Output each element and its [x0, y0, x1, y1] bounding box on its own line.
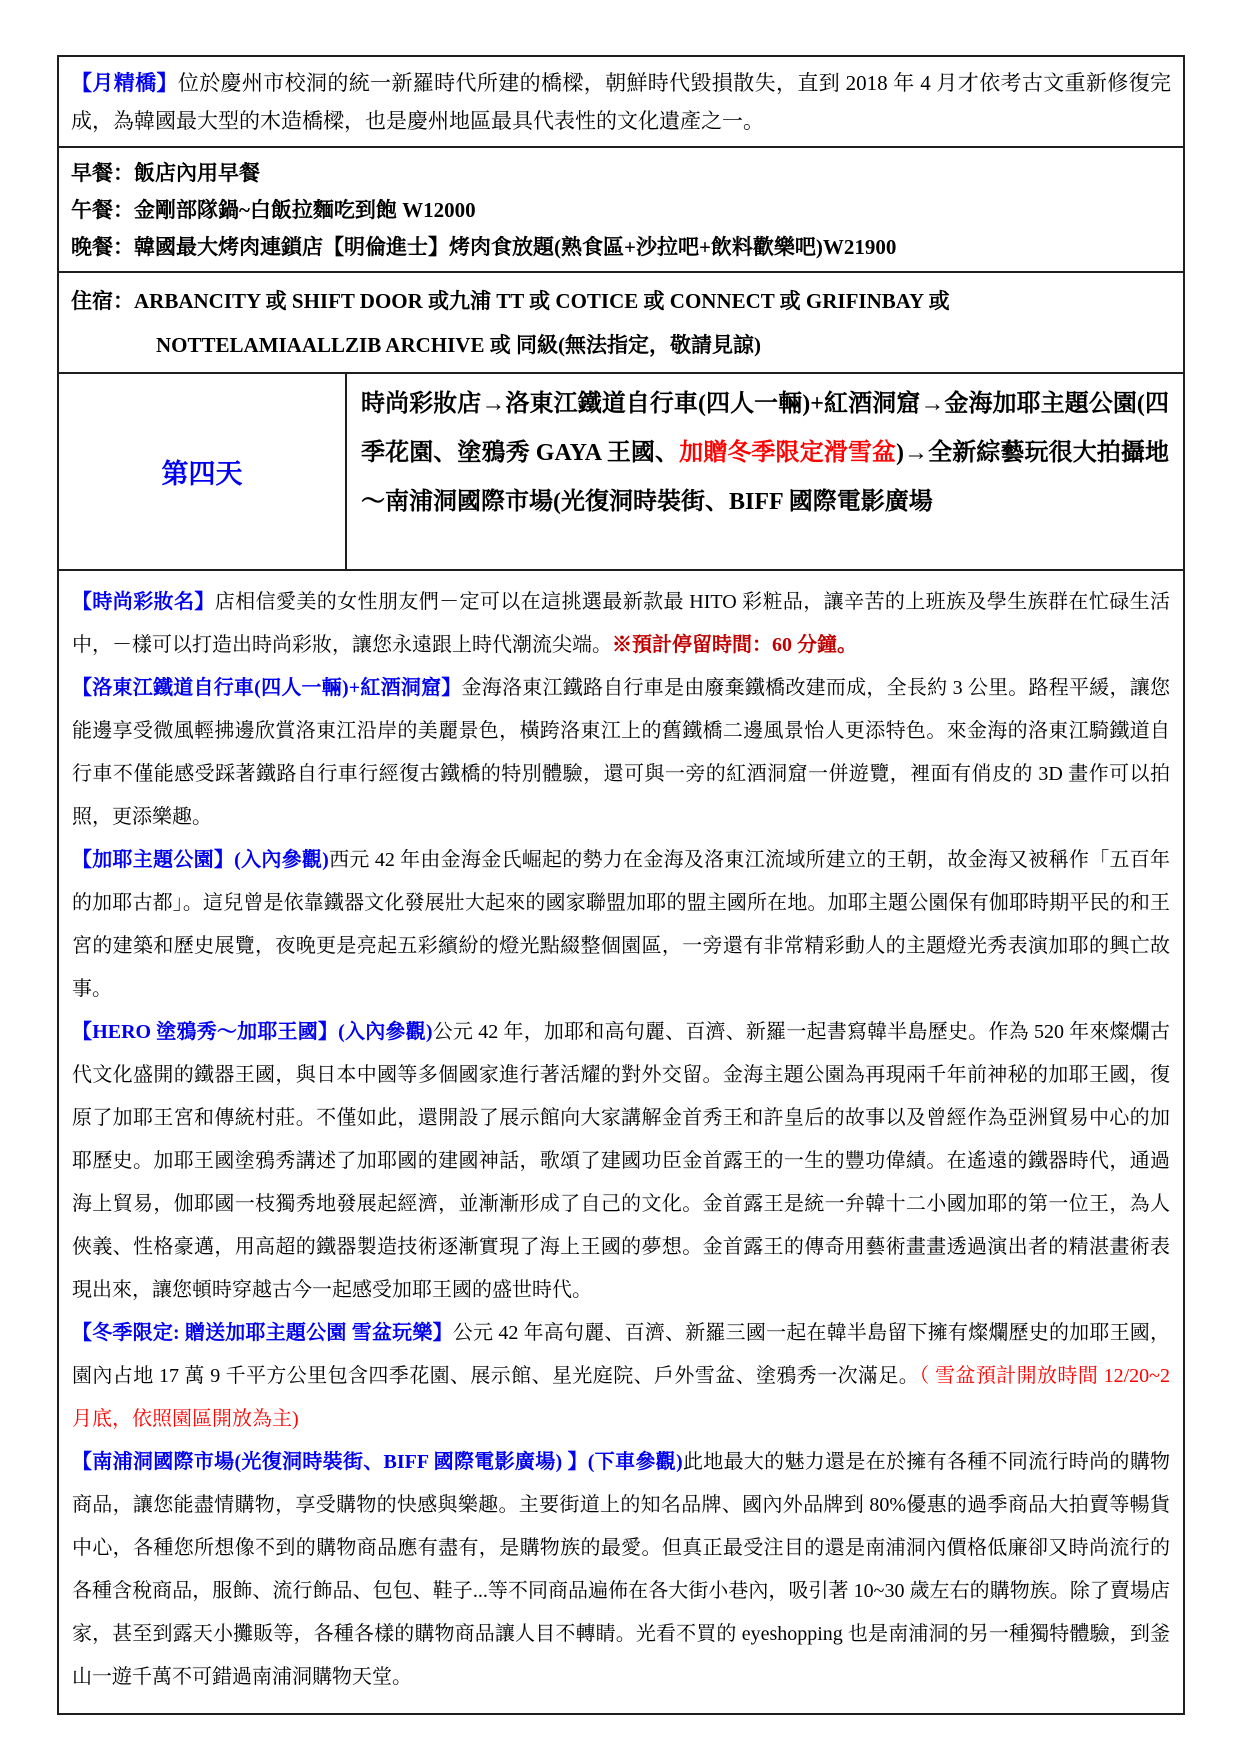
- section-body: 金海洛東江鐵路自行車是由廢棄鐵橋改建而成，全長約 3 公里。路程平緩，讓您能邊享…: [72, 677, 1170, 828]
- section-body: 西元 42 年由金海金氏崛起的勢力在金海及洛東江流域所建立的王朝，故金海又被稱作…: [72, 849, 1170, 1000]
- breakfast-line: 早餐：飯店內用早餐: [71, 155, 1171, 192]
- day4-label: 第四天: [162, 452, 243, 491]
- day4-label-cell: 第四天: [59, 374, 347, 569]
- section-body: 此地最大的魅力還是在於擁有各種不同流行時尚的購物商品，讓您能盡情購物，享受購物的…: [72, 1451, 1170, 1688]
- section-winter-sled: 【冬季限定: 贈送加耶主題公園 雪盆玩樂】公元 42 年高句麗、百濟、新羅三國一…: [72, 1312, 1170, 1441]
- meals-row: 早餐：飯店內用早餐 午餐：金剛部隊鍋~白飯拉麵吃到飽 W12000 晚餐：韓國最…: [59, 148, 1183, 273]
- section-header: 【HERO 塗鴉秀～加耶王國】: [72, 1021, 338, 1043]
- section-subheader: (入內參觀): [338, 1021, 432, 1043]
- section-subheader: (入內參觀): [234, 849, 329, 871]
- section-subheader: (下車參觀): [588, 1451, 683, 1473]
- hotel-row: 住宿：ARBANCITY 或 SHIFT DOOR 或九浦 TT 或 COTIC…: [59, 273, 1183, 374]
- itinerary-document: 【月精橋】位於慶州市校洞的統一新羅時代所建的橋樑，朝鮮時代毀損散失，直到 201…: [57, 55, 1185, 1715]
- route-winter-bonus-highlight: 加贈冬季限定滑雪盆: [679, 440, 896, 466]
- section-rail-bike: 【洛東江鐵道自行車(四人一輛)+紅酒洞窟】金海洛東江鐵路自行車是由廢棄鐵橋改建而…: [72, 667, 1170, 839]
- day4-route: 時尚彩妝店→洛東江鐵道自行車(四人一輛)+紅酒洞窟→金海加耶主題公園(四季花園、…: [347, 374, 1183, 569]
- section-header: 【南浦洞國際市場(光復洞時裝街、BIFF 國際電影廣場) 】: [72, 1451, 588, 1473]
- lunch-line: 午餐：金剛部隊鍋~白飯拉麵吃到飽 W12000: [71, 192, 1171, 229]
- section-header: 【時尚彩妝名】: [72, 591, 215, 613]
- bridge-text: 位於慶州市校洞的統一新羅時代所建的橋樑，朝鮮時代毀損散失，直到 2018 年 4…: [71, 71, 1171, 133]
- bridge-note-row: 【月精橋】位於慶州市校洞的統一新羅時代所建的橋樑，朝鮮時代毀損散失，直到 201…: [59, 57, 1183, 148]
- hotel-line-1: 住宿：ARBANCITY 或 SHIFT DOOR 或九浦 TT 或 COTIC…: [71, 279, 1171, 323]
- day4-row: 第四天 時尚彩妝店→洛東江鐵道自行車(四人一輛)+紅酒洞窟→金海加耶主題公園(四…: [59, 374, 1183, 571]
- section-header: 【加耶主題公園】: [72, 849, 234, 871]
- hotel-line-2: NOTTELAMIAALLZIB ARCHIVE 或 同級(無法指定，敬請見諒): [71, 323, 1171, 367]
- section-hero-graffiti-show: 【HERO 塗鴉秀～加耶王國】(入內參觀)公元 42 年，加耶和高句麗、百濟、新…: [72, 1011, 1170, 1312]
- details-row: 【時尚彩妝名】店相信愛美的女性朋友們－定可以在這挑選最新款最 HITO 彩粧品，…: [59, 571, 1183, 1713]
- section-body: 公元 42 年，加耶和高句麗、百濟、新羅一起書寫韓半島歷史。作為 520 年來燦…: [72, 1021, 1170, 1301]
- section-gaya-theme-park: 【加耶主題公園】(入內參觀)西元 42 年由金海金氏崛起的勢力在金海及洛東江流域…: [72, 839, 1170, 1011]
- section-header: 【洛東江鐵道自行車(四人一輛)+紅酒洞窟】: [72, 677, 462, 699]
- bridge-title: 【月精橋】: [71, 71, 178, 95]
- section-fashion-shop: 【時尚彩妝名】店相信愛美的女性朋友們－定可以在這挑選最新款最 HITO 彩粧品，…: [72, 581, 1170, 667]
- section-note-stay-time: ※預計停留時間：60 分鐘。: [612, 634, 857, 656]
- dinner-line: 晚餐：韓國最大烤肉連鎖店【明倫進士】烤肉食放題(熟食區+沙拉吧+飲料歡樂吧)W2…: [71, 229, 1171, 266]
- section-header: 【冬季限定: 贈送加耶主題公園 雪盆玩樂】: [72, 1322, 453, 1344]
- section-nampo-market: 【南浦洞國際市場(光復洞時裝街、BIFF 國際電影廣場) 】(下車參觀)此地最大…: [72, 1441, 1170, 1699]
